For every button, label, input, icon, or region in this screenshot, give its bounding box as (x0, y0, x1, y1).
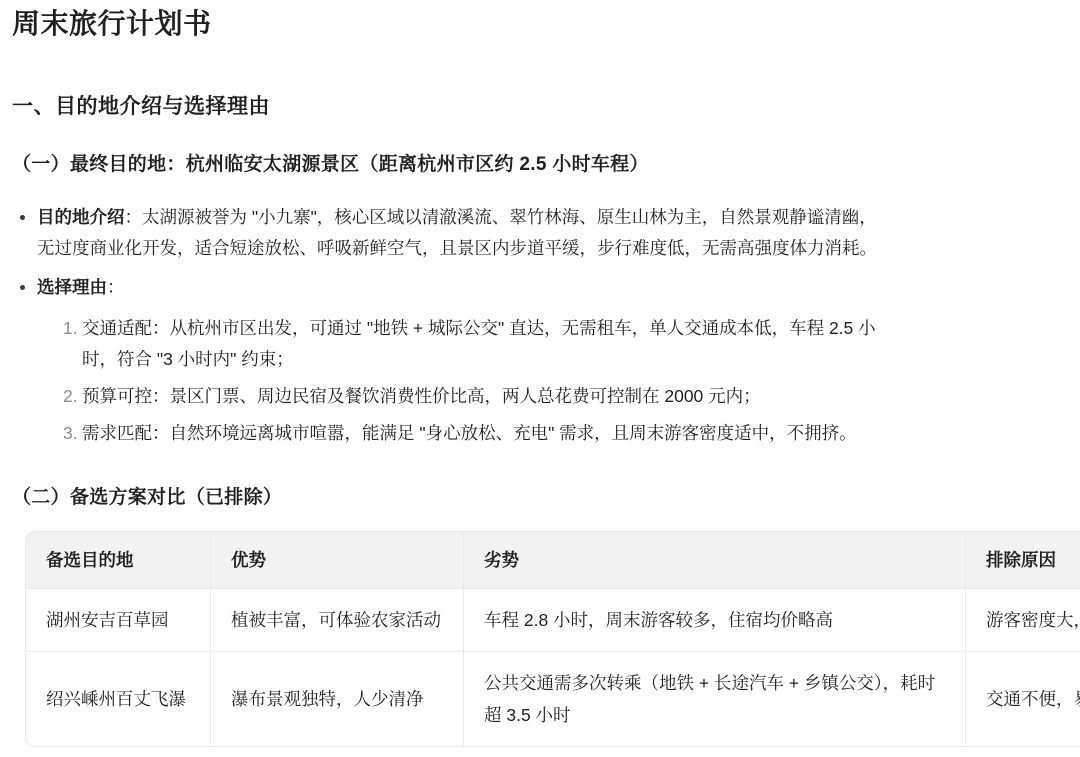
section-heading: 一、目的地介绍与选择理由 (12, 93, 1080, 121)
table-header-exclusion-reason: 排除原因 (965, 532, 1080, 588)
bullet-item-intro: 目的地介绍：太湖源被誉为 "小九寨"，核心区域以清澈溪流、翠竹林海、原生山林为主… (12, 202, 879, 264)
reason-item: 2. 预算可控：景区门票、周边民宿及餐饮消费性价比高，两人总花费可控制在 200… (63, 381, 904, 412)
document: 周末旅行计划书 一、目的地介绍与选择理由 （一）最终目的地：杭州临安太湖源景区（… (0, 0, 1080, 747)
reason-text: 需求匹配：自然环境远离城市喧嚣，能满足 "身心放松、充电" 需求，且周末游客密度… (82, 418, 904, 449)
bullet-label: 选择理由 (37, 277, 107, 297)
table-header-pros: 优势 (210, 532, 463, 588)
table-row: 绍兴嵊州百丈飞瀑 瀑布景观独特，人少清净 公共交通需多次转乘（地铁 + 长途汽车… (26, 651, 1080, 746)
table-cell-reason: 交通不便，易 (965, 651, 1080, 746)
table-cell-reason: 游客密度大， (965, 588, 1080, 651)
table-row: 湖州安吉百草园 植被丰富，可体验农家活动 车程 2.8 小时，周末游客较多，住宿… (26, 588, 1080, 651)
bullet-colon: ： (107, 277, 125, 297)
table-cell-pros: 植被丰富，可体验农家活动 (210, 588, 463, 651)
reason-list: 1. 交通适配：从杭州市区出发，可通过 "地铁 + 城际公交" 直达，无需租车，… (63, 313, 904, 449)
table-cell-destination: 绍兴嵊州百丈飞瀑 (26, 651, 210, 746)
subsection-heading-destination: （一）最终目的地：杭州临安太湖源景区（距离杭州市区约 2.5 小时车程） (12, 152, 1080, 178)
bullet-list: 目的地介绍：太湖源被誉为 "小九寨"，核心区域以清澈溪流、翠竹林海、原生山林为主… (12, 202, 879, 449)
page-title: 周末旅行计划书 (12, 6, 1080, 42)
bullet-item-reasons: 选择理由： 1. 交通适配：从杭州市区出发，可通过 "地铁 + 城际公交" 直达… (12, 272, 879, 449)
bullet-label: 目的地介绍 (37, 207, 125, 227)
reason-number: 2. (63, 381, 82, 412)
comparison-table: 备选目的地 优势 劣势 排除原因 湖州安吉百草园 植被丰富，可体验农家活动 车程… (25, 531, 1080, 747)
reason-text: 预算可控：景区门票、周边民宿及餐饮消费性价比高，两人总花费可控制在 2000 元… (82, 381, 904, 412)
table-cell-destination: 湖州安吉百草园 (26, 588, 210, 651)
table-header-row: 备选目的地 优势 劣势 排除原因 (26, 532, 1080, 588)
reason-item: 3. 需求匹配：自然环境远离城市喧嚣，能满足 "身心放松、充电" 需求，且周末游… (63, 418, 904, 449)
table-cell-cons: 公共交通需多次转乘（地铁 + 长途汽车 + 乡镇公交），耗时超 3.5 小时 (463, 651, 965, 746)
bullet-text: 太湖源被誉为 "小九寨"，核心区域以清澈溪流、翠竹林海、原生山林为主，自然景观静… (37, 207, 877, 258)
reason-text: 交通适配：从杭州市区出发，可通过 "地铁 + 城际公交" 直达，无需租车，单人交… (82, 313, 904, 375)
subsection-heading-alternatives: （二）备选方案对比（已排除） (12, 485, 1080, 511)
reason-number: 1. (63, 313, 82, 375)
bullet-colon: ： (125, 207, 143, 227)
reason-number: 3. (63, 418, 82, 449)
table-cell-pros: 瀑布景观独特，人少清净 (210, 651, 463, 746)
table-header-cons: 劣势 (463, 532, 965, 588)
table-header-destination: 备选目的地 (26, 532, 210, 588)
reason-item: 1. 交通适配：从杭州市区出发，可通过 "地铁 + 城际公交" 直达，无需租车，… (63, 313, 904, 375)
table-cell-cons: 车程 2.8 小时，周末游客较多，住宿均价略高 (463, 588, 965, 651)
